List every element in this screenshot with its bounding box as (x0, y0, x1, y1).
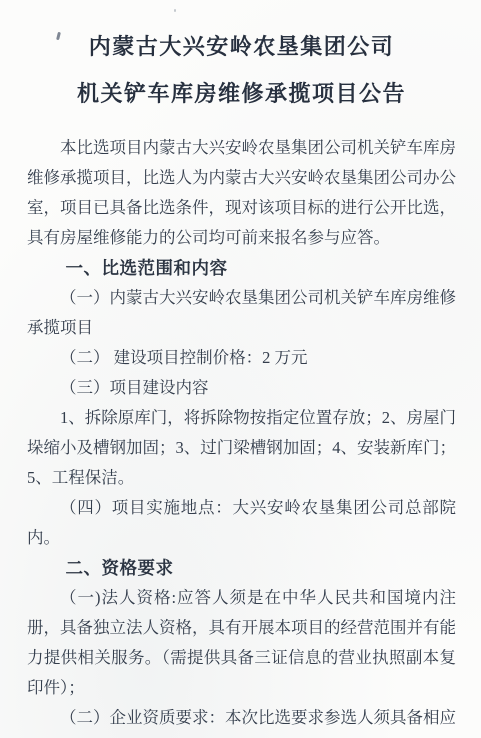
document-title-line1: 内蒙古大兴安岭农垦集团公司 (27, 33, 456, 61)
section1-item4-location: （四）项目实施地点：大兴安岭农垦集团公司总部院内。 (27, 493, 456, 553)
section2-heading: 二、资格要求 (27, 553, 456, 583)
scanned-document-page: 内蒙古大兴安岭农垦集团公司 机关铲车库房维修承揽项目公告 本比选项目内蒙古大兴安… (0, 0, 481, 738)
section2-item1-legal-qualification: （一)法人资格:应答人须是在中华人民共和国境内注册，具备独立法人资格，具有开展本… (27, 583, 456, 703)
section1-heading: 一、比选范围和内容 (27, 253, 456, 283)
section1-item2-control-price: （二） 建设项目控制价格：2 万元 (27, 343, 456, 373)
section1-item3-detail: 1、拆除原库门，将拆除物按指定位置存放；2、房屋门垛缩小及槽钢加固；3、过门梁槽… (27, 403, 456, 493)
document-content: 内蒙古大兴安岭农垦集团公司 机关铲车库房维修承揽项目公告 本比选项目内蒙古大兴安… (0, 0, 481, 733)
section1-item1: （一）内蒙古大兴安岭农垦集团公司机关铲车库房维修承揽项目 (27, 283, 456, 343)
intro-paragraph: 本比选项目内蒙古大兴安岭农垦集团公司机关铲车库房维修承揽项目，比选人为内蒙古大兴… (27, 133, 456, 253)
section2-item2-enterprise-qualification: （二）企业资质要求：本次比选要求参选人须具备相应 (27, 703, 456, 733)
scan-speck-artifact (174, 9, 176, 12)
document-title-line2: 机关铲车库房维修承揽项目公告 (27, 80, 456, 108)
section1-item3: （三）项目建设内容 (27, 373, 456, 403)
